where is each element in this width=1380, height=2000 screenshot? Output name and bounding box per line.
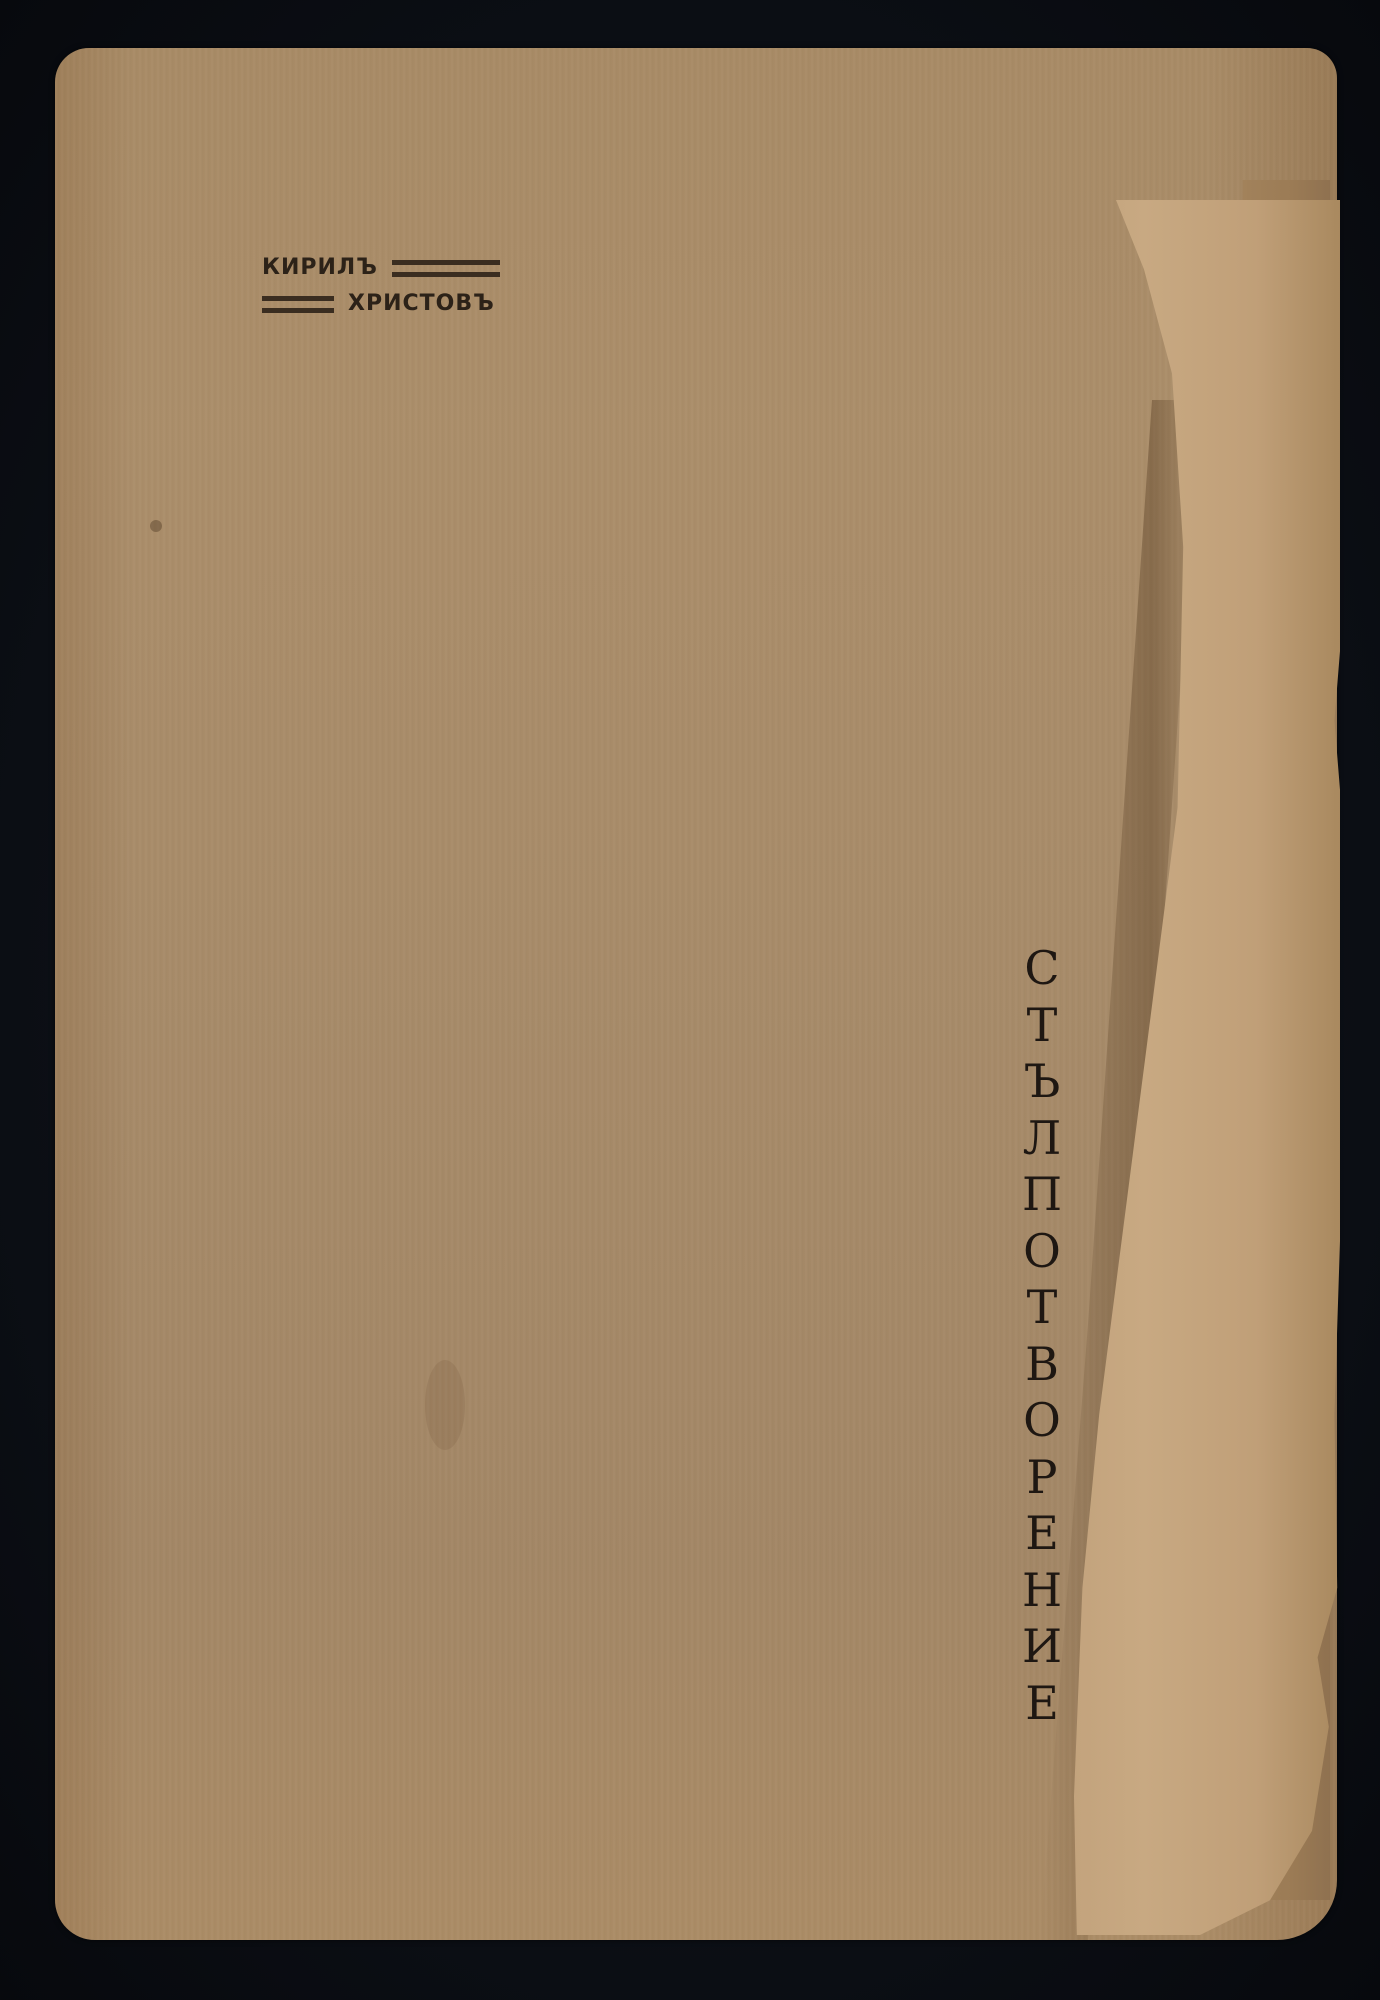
double-rule-decoration: [392, 258, 500, 278]
title-letter: Т: [1027, 997, 1058, 1054]
title-letter: Е: [1025, 1675, 1059, 1732]
title-letter: П: [1022, 1166, 1062, 1223]
author-last-name: ХРИСТОВЪ: [348, 291, 495, 316]
title-letter: Ъ: [1024, 1053, 1061, 1110]
title-letter: О: [1023, 1223, 1061, 1280]
title-letter: Т: [1027, 1279, 1058, 1336]
author-line-first: КИРИЛЪ: [262, 255, 500, 280]
paper-stain: [150, 520, 162, 532]
title-letter: В: [1025, 1336, 1059, 1393]
title-letter: С: [1024, 940, 1059, 997]
title-letter: О: [1023, 1392, 1061, 1449]
double-rule-decoration: [262, 294, 334, 314]
author-line-last: ХРИСТОВЪ: [262, 291, 495, 316]
title-letter: Л: [1023, 1110, 1061, 1167]
title-letter: И: [1022, 1618, 1062, 1675]
paper-stain: [425, 1360, 465, 1450]
author-first-name: КИРИЛЪ: [262, 255, 378, 280]
author-block: КИРИЛЪ ХРИСТОВЪ: [262, 255, 522, 335]
title-letter: Н: [1022, 1562, 1062, 1619]
title-letter: Е: [1025, 1505, 1059, 1562]
vertical-title: СТЪЛПОТВОРЕНИЕ: [1012, 940, 1072, 1731]
title-letter: Р: [1027, 1449, 1058, 1506]
